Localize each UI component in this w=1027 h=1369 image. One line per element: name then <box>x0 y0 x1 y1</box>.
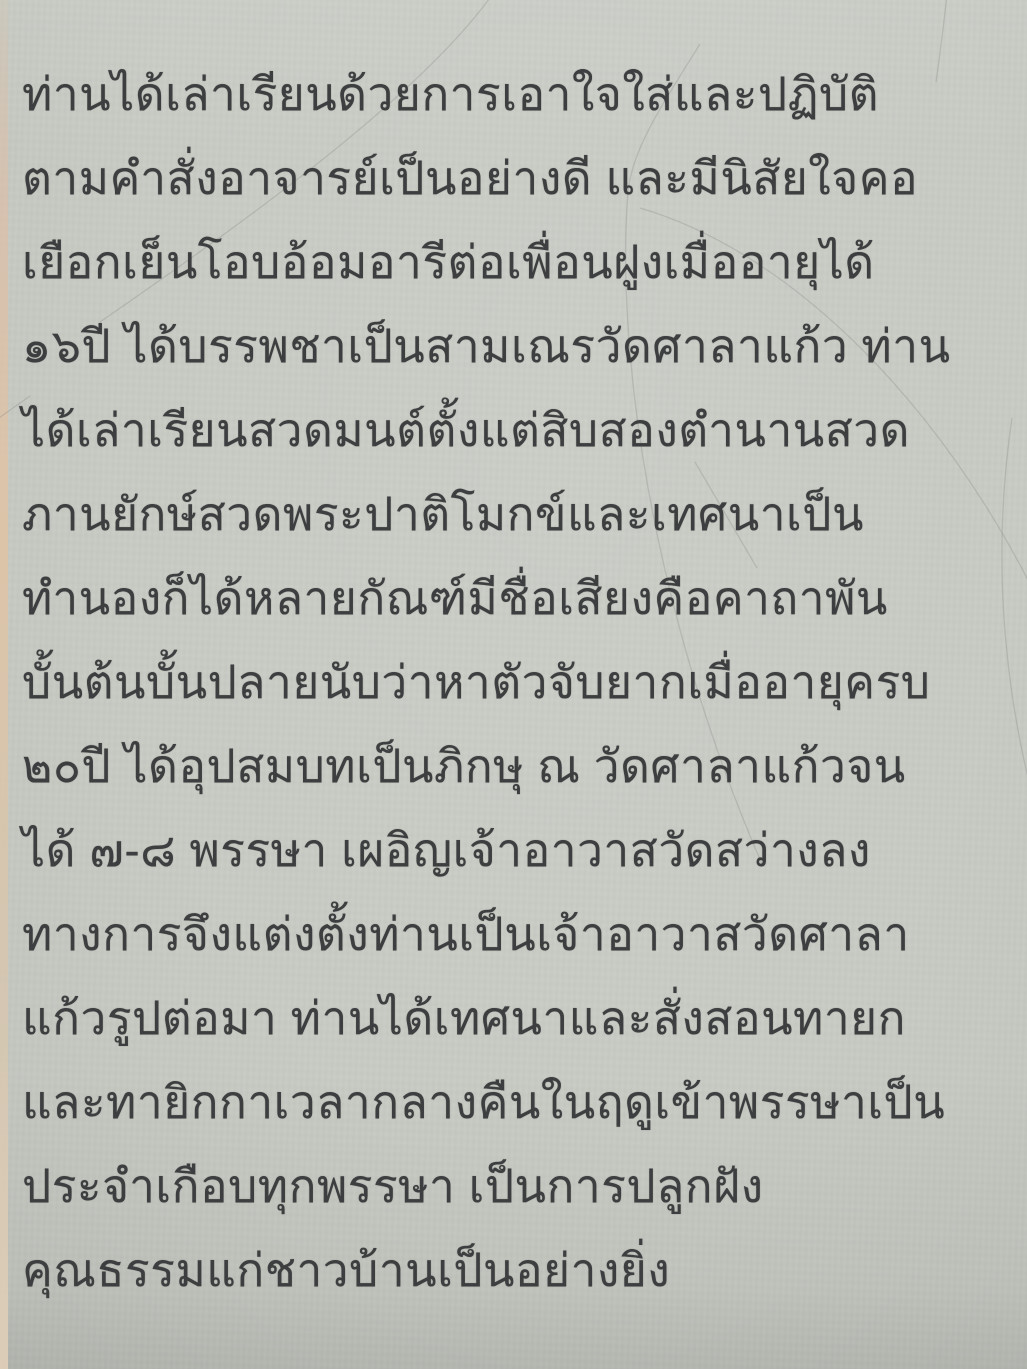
text-line-8: บั้นต้นบั้นปลายนับว่าหาตัวจับยากเมื่ออาย… <box>22 640 1022 724</box>
text-line-11: ทางการจึงแต่งตั้งท่านเป็นเจ้าอาวาสวัดศาล… <box>22 892 1022 976</box>
photographed-page: ท่านได้เล่าเรียนด้วยการเอาใจใส่และปฏิบัต… <box>0 0 1027 1369</box>
text-line-4: ๑๖ปี ได้บรรพชาเป็นสามเณรวัดศาลาแก้ว ท่าน <box>22 304 1022 388</box>
text-line-13: และทายิกกาเวลากลางคืนในฤดูเข้าพรรษาเป็น <box>22 1060 1022 1144</box>
text-line-10: ได้ ๗-๘ พรรษา เผอิญเจ้าอาวาสวัดสว่างลง <box>22 808 1022 892</box>
text-line-7: ทำนองก็ได้หลายกัณฑ์มีชื่อเสียงคือคาถาพัน <box>22 556 1022 640</box>
text-line-1: ท่านได้เล่าเรียนด้วยการเอาใจใส่และปฏิบัต… <box>22 52 1022 136</box>
text-line-6: ภานยักษ์สวดพระปาติโมกข์และเทศนาเป็น <box>22 472 1022 556</box>
page-left-edge <box>0 0 8 1369</box>
text-line-9: ๒๐ปี ได้อุปสมบทเป็นภิกษุ ณ วัดศาลาแก้วจน <box>22 724 1022 808</box>
text-line-15: คุณธรรมแก่ชาวบ้านเป็นอย่างยิ่ง <box>22 1228 1022 1312</box>
text-line-5: ได้เล่าเรียนสวดมนต์ตั้งแต่สิบสองตำนานสวด <box>22 388 1022 472</box>
text-line-2: ตามคำสั่งอาจารย์เป็นอย่างดี และมีนิสัยใจ… <box>22 136 1022 220</box>
text-line-12: แก้วรูปต่อมา ท่านได้เทศนาและสั่งสอนทายก <box>22 976 1022 1060</box>
text-line-3: เยือกเย็นโอบอ้อมอารีต่อเพื่อนฝูงเมื่ออาย… <box>22 220 1022 304</box>
thai-text-block: ท่านได้เล่าเรียนด้วยการเอาใจใส่และปฏิบัต… <box>22 52 1022 1312</box>
text-line-14: ประจำเกือบทุกพรรษา เป็นการปลูกฝัง <box>22 1144 1022 1228</box>
